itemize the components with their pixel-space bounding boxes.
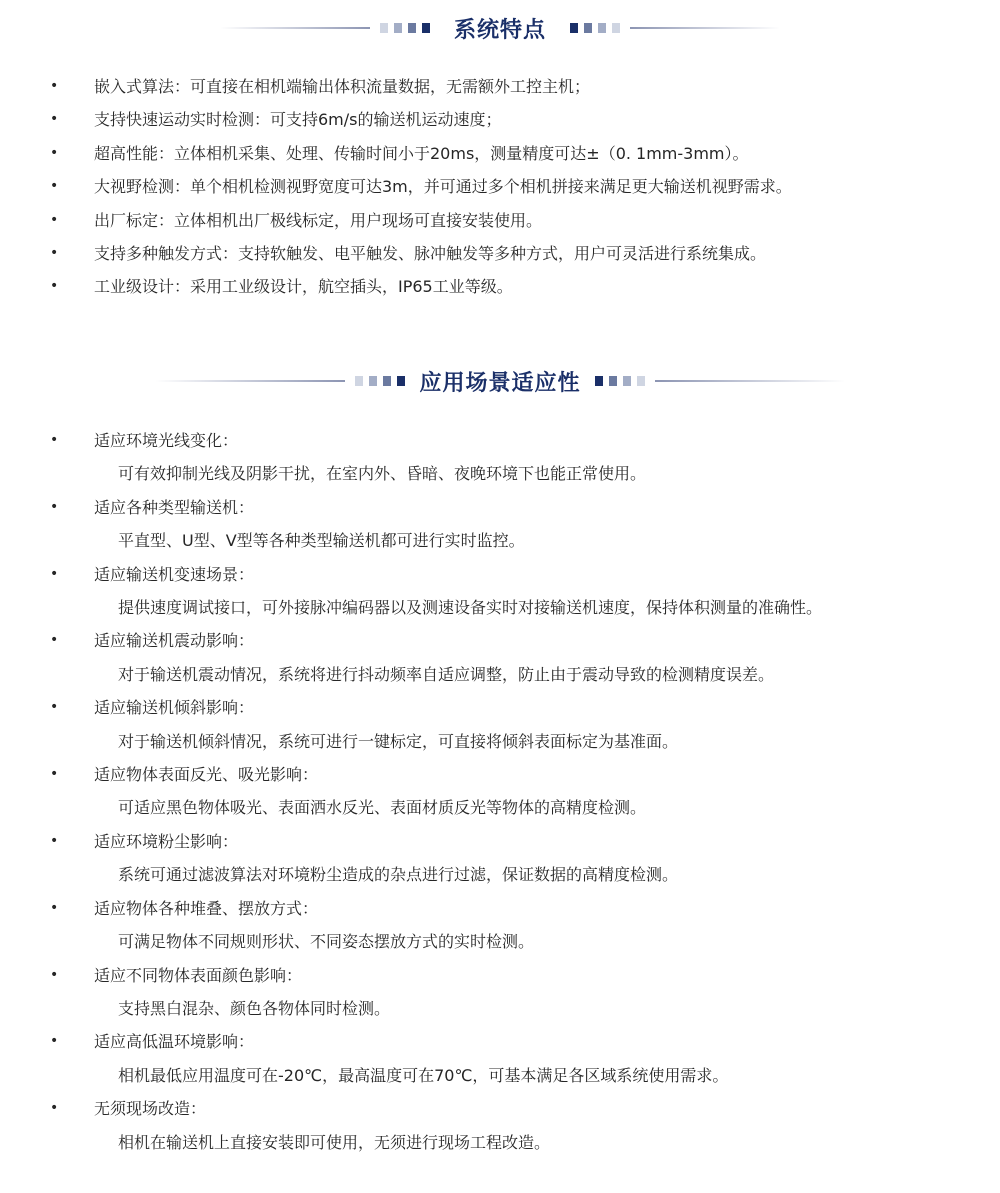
bullet-icon: • [50,1025,58,1058]
title-divider-left [220,27,370,29]
square-icon [595,376,603,386]
section-title-features: 系统特点 [0,8,1000,48]
list-item: •出厂标定：立体相机出厂极线标定，用户现场可直接安装使用。 [0,204,1000,237]
square-icon [394,23,402,33]
list-item: •适应环境光线变化： 可有效抑制光线及阴影干扰，在室内外、昏暗、夜晚环境下也能正… [0,424,1000,491]
list-item: •适应输送机震动影响： 对于输送机震动情况，系统将进行抖动频率自适应调整，防止由… [0,624,1000,691]
item-description: 相机在输送机上直接安装即可使用，无须进行现场工程改造。 [0,1126,1000,1159]
item-heading: 适应物体表面反光、吸光影响： [94,765,318,784]
list-item: •无须现场改造： 相机在输送机上直接安装即可使用，无须进行现场工程改造。 [0,1092,1000,1159]
bullet-icon: • [50,558,58,591]
square-icon [380,23,388,33]
bullet-icon: • [50,237,58,270]
list-item: •适应物体各种堆叠、摆放方式： 可满足物体不同规则形状、不同姿态摆放方式的实时检… [0,892,1000,959]
square-icon [383,376,391,386]
item-description: 支持黑白混杂、颜色各物体同时检测。 [0,992,1000,1025]
item-heading: 适应各种类型输送机： [94,498,254,517]
item-description: 对于输送机倾斜情况，系统可进行一键标定，可直接将倾斜表面标定为基准面。 [0,725,1000,758]
square-icon [408,23,416,33]
adaptability-list: •适应环境光线变化： 可有效抑制光线及阴影干扰，在室内外、昏暗、夜晚环境下也能正… [0,424,1000,1159]
bullet-icon: • [50,270,58,303]
square-icon [637,376,645,386]
item-heading: 适应输送机震动影响： [94,631,254,650]
square-icon [598,23,606,33]
title-divider-left [155,380,345,382]
bullet-icon: • [50,70,58,103]
feature-text: 支持多种触发方式：支持软触发、电平触发、脉冲触发等多种方式，用户可灵活进行系统集… [94,244,766,263]
section-heading: 系统特点 [454,13,546,44]
feature-text: 出厂标定：立体相机出厂极线标定，用户现场可直接安装使用。 [94,211,542,230]
bullet-icon: • [50,758,58,791]
square-icon [612,23,620,33]
item-description: 可适应黑色物体吸光、表面洒水反光、表面材质反光等物体的高精度检测。 [0,791,1000,824]
square-icon [570,23,578,33]
item-heading: 适应物体各种堆叠、摆放方式： [94,899,318,918]
square-icon [584,23,592,33]
feature-text: 超高性能：立体相机采集、处理、传输时间小于20ms，测量精度可达±（0. 1mm… [94,144,749,163]
list-item: •适应输送机变速场景： 提供速度调试接口，可外接脉冲编码器以及测速设备实时对接输… [0,558,1000,625]
title-divider-right [655,380,845,382]
feature-text: 大视野检测：单个相机检测视野宽度可达3m，并可通过多个相机拼接来满足更大输送机视… [94,177,792,196]
feature-text: 嵌入式算法：可直接在相机端输出体积流量数据，无需额外工控主机； [94,77,590,96]
square-icon [609,376,617,386]
title-decoration-left [355,376,405,386]
list-item: •适应物体表面反光、吸光影响： 可适应黑色物体吸光、表面洒水反光、表面材质反光等… [0,758,1000,825]
item-heading: 适应高低温环境影响： [94,1032,254,1051]
bullet-icon: • [50,959,58,992]
item-heading: 适应输送机倾斜影响： [94,698,254,717]
bullet-icon: • [50,892,58,925]
list-item: •大视野检测：单个相机检测视野宽度可达3m，并可通过多个相机拼接来满足更大输送机… [0,170,1000,203]
list-item: •适应高低温环境影响： 相机最低应用温度可在-20℃，最高温度可在70℃，可基本… [0,1025,1000,1092]
square-icon [355,376,363,386]
bullet-icon: • [50,204,58,237]
item-heading: 适应环境光线变化： [94,431,238,450]
item-description: 对于输送机震动情况，系统将进行抖动频率自适应调整，防止由于震动导致的检测精度误差… [0,658,1000,691]
title-decoration-left [380,23,430,33]
list-item: •工业级设计：采用工业级设计，航空插头，IP65工业等级。 [0,270,1000,303]
section-title-adaptability: 应用场景适应性 [0,361,1000,401]
title-decoration-right [570,23,620,33]
item-description: 提供速度调试接口，可外接脉冲编码器以及测速设备实时对接输送机速度，保持体积测量的… [0,591,1000,624]
list-item: •适应环境粉尘影响： 系统可通过滤波算法对环境粉尘造成的杂点进行过滤，保证数据的… [0,825,1000,892]
item-description: 可满足物体不同规则形状、不同姿态摆放方式的实时检测。 [0,925,1000,958]
bullet-icon: • [50,691,58,724]
bullet-icon: • [50,825,58,858]
bullet-icon: • [50,624,58,657]
features-list: •嵌入式算法：可直接在相机端输出体积流量数据，无需额外工控主机； •支持快速运动… [0,70,1000,304]
title-divider-right [630,27,780,29]
item-heading: 适应不同物体表面颜色影响： [94,966,302,985]
list-item: •支持多种触发方式：支持软触发、电平触发、脉冲触发等多种方式，用户可灵活进行系统… [0,237,1000,270]
list-item: •超高性能：立体相机采集、处理、传输时间小于20ms，测量精度可达±（0. 1m… [0,137,1000,170]
list-item: •适应输送机倾斜影响： 对于输送机倾斜情况，系统可进行一键标定，可直接将倾斜表面… [0,691,1000,758]
item-description: 系统可通过滤波算法对环境粉尘造成的杂点进行过滤，保证数据的高精度检测。 [0,858,1000,891]
bullet-icon: • [50,170,58,203]
bullet-icon: • [50,491,58,524]
list-item: •适应各种类型输送机： 平直型、U型、V型等各种类型输送机都可进行实时监控。 [0,491,1000,558]
item-heading: 无须现场改造： [94,1099,206,1118]
square-icon [422,23,430,33]
item-description: 相机最低应用温度可在-20℃，最高温度可在70℃，可基本满足各区域系统使用需求。 [0,1059,1000,1092]
item-heading: 适应环境粉尘影响： [94,832,238,851]
list-item: •适应不同物体表面颜色影响： 支持黑白混杂、颜色各物体同时检测。 [0,959,1000,1026]
bullet-icon: • [50,1092,58,1125]
section-heading: 应用场景适应性 [419,366,580,397]
item-heading: 适应输送机变速场景： [94,565,254,584]
bullet-icon: • [50,103,58,136]
list-item: •嵌入式算法：可直接在相机端输出体积流量数据，无需额外工控主机； [0,70,1000,103]
square-icon [397,376,405,386]
title-decoration-right [595,376,645,386]
item-description: 平直型、U型、V型等各种类型输送机都可进行实时监控。 [0,524,1000,557]
feature-text: 工业级设计：采用工业级设计，航空插头，IP65工业等级。 [94,277,513,296]
square-icon [369,376,377,386]
bullet-icon: • [50,424,58,457]
feature-text: 支持快速运动实时检测：可支持6m/s的输送机运动速度； [94,110,502,129]
bullet-icon: • [50,137,58,170]
square-icon [623,376,631,386]
list-item: •支持快速运动实时检测：可支持6m/s的输送机运动速度； [0,103,1000,136]
item-description: 可有效抑制光线及阴影干扰，在室内外、昏暗、夜晚环境下也能正常使用。 [0,457,1000,490]
